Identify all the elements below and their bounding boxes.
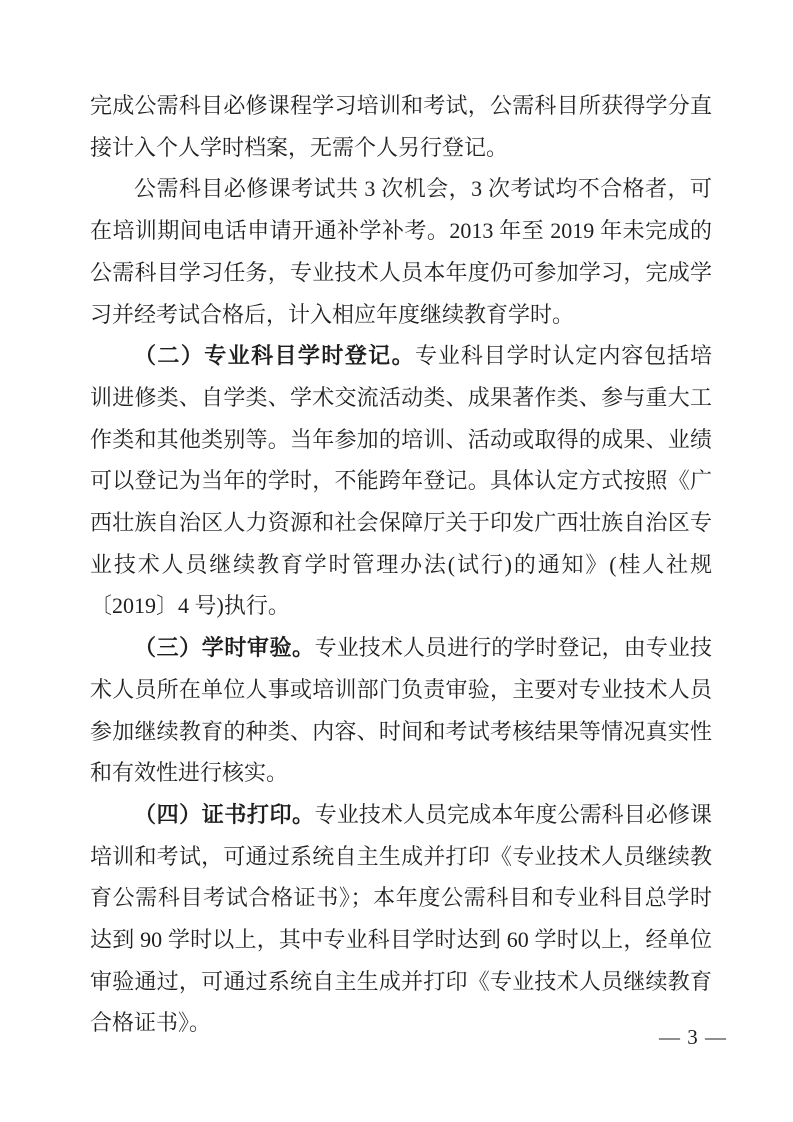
- paragraph-text: 完成公需科目必修课程学习培训和考试，公需科目所获得学分直接计入个人学时档案，无需…: [90, 93, 712, 160]
- paragraph: 公需科目必修课考试共 3 次机会，3 次考试均不合格者，可在培训期间电话申请开通…: [90, 168, 712, 335]
- section-heading-2: （二）专业科目学时登记。: [134, 343, 415, 368]
- paragraph-section-2: （二）专业科目学时登记。专业科目学时认定内容包括培训进修类、自学类、学术交流活动…: [90, 335, 712, 627]
- paragraph-continuation: 完成公需科目必修课程学习培训和考试，公需科目所获得学分直接计入个人学时档案，无需…: [90, 85, 712, 168]
- section-heading-3: （三）学时审验。: [134, 635, 315, 660]
- page-number: — 3 —: [659, 1022, 727, 1052]
- paragraph-text: 公需科目必修课考试共 3 次机会，3 次考试均不合格者，可在培训期间电话申请开通…: [90, 176, 712, 326]
- paragraph-section-3: （三）学时审验。专业技术人员进行的学时登记，由专业技术人员所在单位人事或培训部门…: [90, 627, 712, 794]
- paragraph-text: 专业科目学时认定内容包括培训进修类、自学类、学术交流活动类、成果著作类、参与重大…: [90, 343, 712, 618]
- section-heading-4: （四）证书打印。: [134, 802, 315, 827]
- document-page: 完成公需科目必修课程学习培训和考试，公需科目所获得学分直接计入个人学时档案，无需…: [0, 0, 793, 1122]
- paragraph-section-4: （四）证书打印。专业技术人员完成本年度公需科目必修课培训和考试，可通过系统自主生…: [90, 794, 712, 1044]
- document-body: 完成公需科目必修课程学习培训和考试，公需科目所获得学分直接计入个人学时档案，无需…: [90, 85, 712, 1044]
- paragraph-text: 专业技术人员完成本年度公需科目必修课培训和考试，可通过系统自主生成并打印《专业技…: [90, 802, 712, 1036]
